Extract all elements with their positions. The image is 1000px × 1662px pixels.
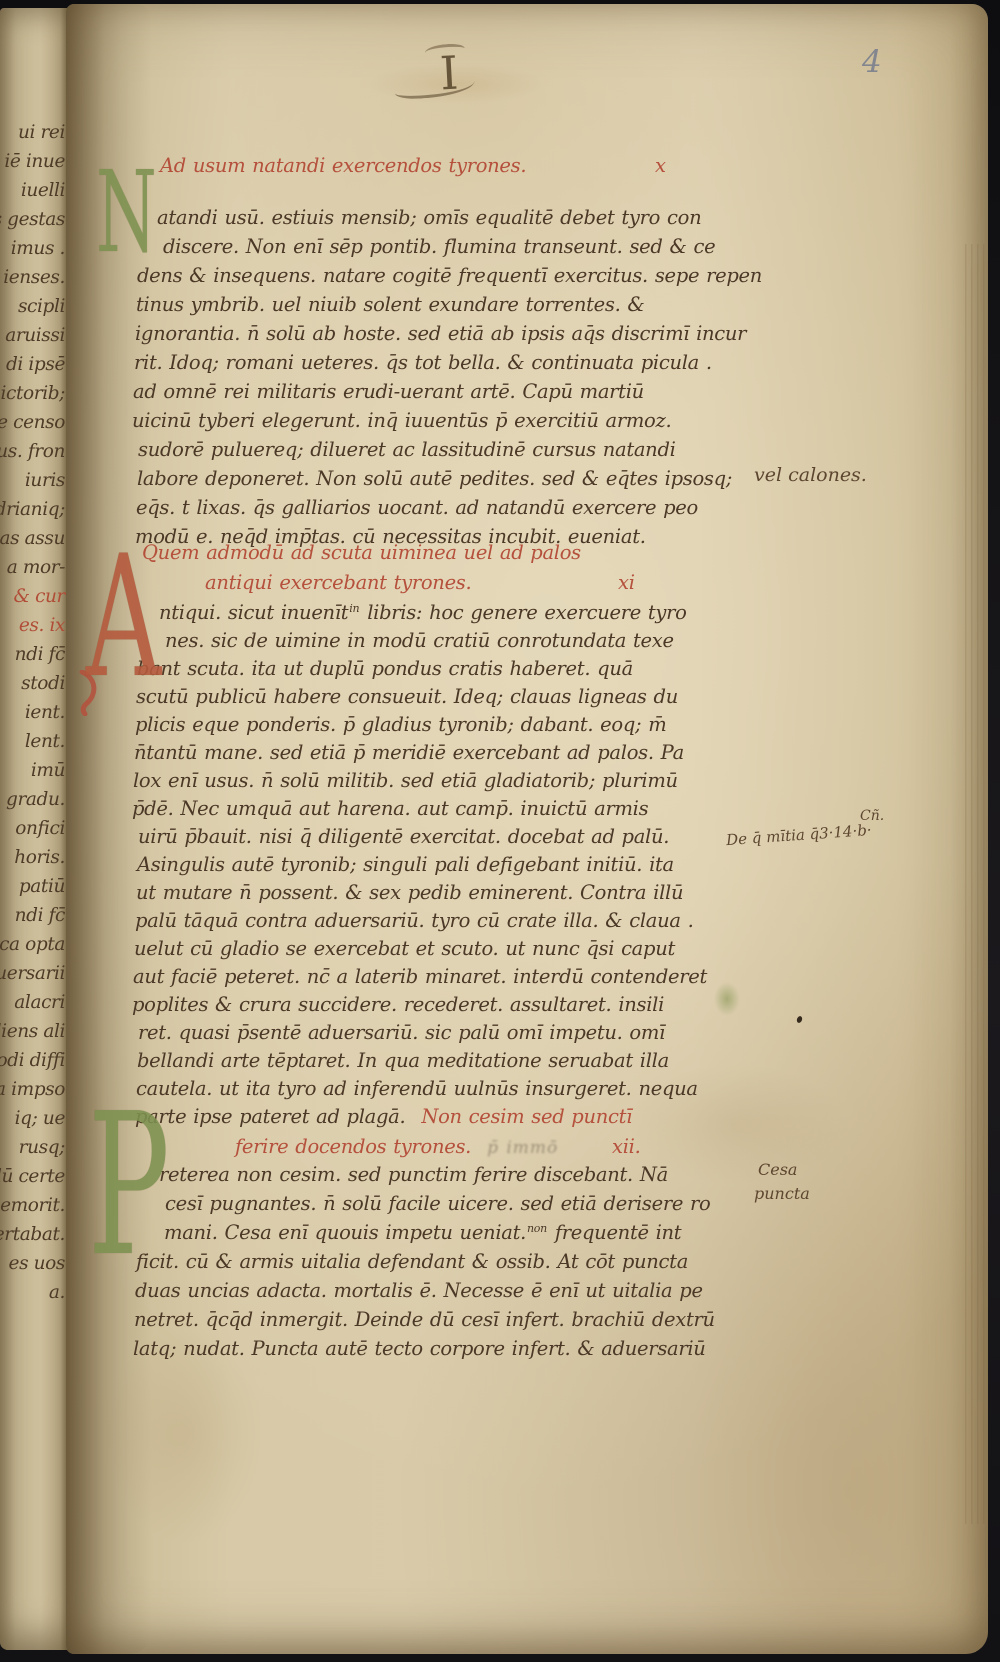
rubric-chapter-xii: ferire docendos tyrones.p̄ immōxii. [235, 1135, 558, 1158]
manuscript-page: I 4 Ad usum natandi exercendos tyrones.x… [66, 4, 988, 1654]
verso-fragment: ienses. [3, 267, 65, 288]
text-line: mani. Cesa enī quouis impetu ueniat.non … [164, 1221, 681, 1244]
page-fore-edge [965, 244, 985, 1524]
verso-fragment: rusq; [19, 1137, 65, 1158]
text-line: labore deponeret. Non solū autē pedites.… [137, 467, 732, 490]
verso-fragment: tas assu [0, 528, 65, 549]
text-line: lox enī usus. n̄ solū militib. sed etiā … [133, 769, 678, 792]
chapter-number: x [655, 154, 666, 177]
verso-fragment: lū certe [0, 1166, 65, 1187]
verso-fragment: patiū [19, 876, 65, 897]
verso-fragment: imū [31, 760, 65, 781]
verso-fragment: lent. [25, 731, 65, 752]
text-line: reterea non cesim. sed punctim ferire di… [159, 1163, 668, 1186]
interlinear-gloss: in [349, 602, 359, 615]
verso-fragment: aruissi [5, 325, 65, 346]
text-line: aut faciē peteret. nc̄ a laterib minaret… [133, 965, 707, 988]
margin-note-puncta: puncta [754, 1184, 810, 1203]
verso-fragment: iq; ue [15, 1108, 65, 1129]
text-line: plicis eque ponderis. p̄ gladius tyronib… [135, 713, 666, 736]
verso-fragment: a mor- [7, 557, 65, 578]
verso-fragment: ui rei [18, 122, 65, 143]
verso-fragment: ertabat. [0, 1224, 65, 1245]
verso-fragment: scipli [18, 296, 65, 317]
text-line: ficit. cū & armis uitalia defendant & os… [136, 1250, 688, 1273]
verso-fragment: odi diffi [0, 1050, 65, 1071]
verso-fragment: iuris [25, 470, 65, 491]
verso-fragment: imus . [11, 238, 65, 259]
text-line: uirū p̄bauit. nisi q̄ diligentē exercita… [138, 825, 669, 848]
text-line: nes. sic de uimine in modū cratiū conrot… [165, 629, 674, 652]
chapter-number: xi [618, 571, 635, 594]
verso-fragment: uersarii [0, 963, 65, 984]
rubric-chapter-xi: antiqui exercebant tyrones.xi [205, 571, 471, 594]
text-line: ad omnē rei militaris erudi-uerant artē.… [133, 380, 644, 403]
verso-fragment: adrianiq; [0, 499, 65, 520]
text-line: discere. Non enī sēp pontib. flumina tra… [163, 235, 715, 258]
verso-fragment: ia impso [0, 1079, 65, 1100]
text-line: latq; nudat. Puncta autē tecto corpore i… [133, 1337, 706, 1360]
verso-fragment: lle censo [0, 412, 65, 433]
text-line: eq̄s. t lixas. q̄s galliarios uocant. ad… [136, 496, 698, 519]
verso-fragment: iuelli [21, 180, 65, 201]
erased-text: p̄ immō [487, 1138, 558, 1158]
text-line-with-rubric: parte ipse pateret ad plagā. Non cesim s… [135, 1105, 632, 1128]
rubric-chapter-xi: Quem admodū ad scuta uiminea uel ad palo… [142, 541, 581, 564]
verso-fragment: es. ix [19, 615, 65, 636]
verso-fragment: ient. [25, 702, 65, 723]
verso-fragment: horis. [14, 847, 65, 868]
verso-fragment: liens ali [0, 1021, 65, 1042]
verso-fragment: alacri [14, 992, 65, 1013]
text-line: uelut cū gladio se exercebat et scuto. u… [134, 937, 675, 960]
verso-fragment: gradu. [6, 789, 65, 810]
text-line: ret. quasi p̄sentē aduersariū. sic palū … [138, 1021, 665, 1044]
verso-page-edge: ui reiiē inueiuellires gestasimus .iense… [0, 8, 70, 1650]
text-line: rit. Idoq; romani ueteres. q̄s tot bella… [134, 351, 712, 374]
verso-fragment: stodi [21, 673, 65, 694]
ink-spot [796, 1015, 803, 1023]
text-line: Asingulis autē tyronib; singuli pali def… [137, 853, 674, 876]
text-line: sudorē puluereq; dilueret ac lassitudinē… [138, 438, 676, 461]
folio-number: 4 [862, 44, 882, 80]
rubric-inline: Non cesim sed punctī [421, 1105, 632, 1128]
text-line: cautela. ut ita tyro ad inferendū uulnūs… [136, 1077, 698, 1100]
text-line: tinus ymbrib. uel niuib solent exundare … [136, 293, 644, 316]
text-line: uicinū tyberi elegerunt. inq̄ iuuentūs p… [132, 409, 671, 432]
text-line: ignorantia. n̄ solū ab hoste. sed etiā a… [135, 322, 746, 345]
interlinear-gloss: non [527, 1222, 547, 1235]
verso-fragment: iē inue [4, 151, 65, 172]
verso-fragment: ndi fc̄ [15, 905, 65, 926]
text-line: poplites & crura succidere. recederet. a… [132, 993, 664, 1016]
verso-fragment: & cur [14, 586, 65, 607]
text-line: atandi usū. estiuis mensib; omīs equalit… [157, 206, 701, 229]
verso-fragment: es uos [9, 1253, 65, 1274]
verso-fragment: ndi fc̄ [15, 644, 65, 665]
verso-fragment: onfici [15, 818, 65, 839]
manuscript-photo: ui reiiē inueiuellires gestasimus .iense… [0, 0, 1000, 1662]
text-line: cesī pugnantes. n̄ solū facile uicere. s… [165, 1192, 710, 1215]
verso-fragment: di ipsē [6, 354, 65, 375]
decorated-initial-n: N [96, 170, 157, 257]
quire-mark: I [439, 46, 460, 101]
verso-fragment: ictorib; [1, 383, 66, 404]
verso-fragment: a. [49, 1282, 65, 1303]
text-line: scutū publicū habere consueuit. Ideq; cl… [136, 685, 678, 708]
text-line: n̄tantū mane. sed etiā p̄ meridiē exerce… [134, 741, 684, 764]
verso-fragment: oca opta [0, 934, 65, 955]
margin-note-cesa: Cesa [758, 1160, 797, 1179]
text-line: duas uncias adacta. mortalis ē. Necesse … [135, 1279, 703, 1302]
decorated-initial-p: P [88, 1110, 170, 1263]
verso-fragment: nemorit. [0, 1195, 65, 1216]
text-line: netret. q̄cq̄d inmergit. Deinde dū cesī … [134, 1308, 715, 1331]
text-line: bellandi arte tēptaret. In qua meditatio… [137, 1049, 669, 1072]
text-line: palū tāquā contra aduersariū. tyro cū cr… [135, 909, 694, 932]
text-line: dens & insequens. natare cogitē frequent… [137, 264, 762, 287]
text-line: ut mutare n̄ possent. & sex pedib eminer… [136, 881, 683, 904]
text-line: p̄dē. Nec umquā aut harena. aut camp̄. i… [132, 797, 648, 820]
verso-fragment: sus. fron [0, 441, 65, 462]
verso-fragment: res gestas [0, 209, 65, 230]
text-line: bant scuta. ita ut duplū pondus cratis h… [137, 657, 633, 680]
margin-note-vel-calones: vel calones. [754, 464, 867, 486]
rubric-chapter-x: Ad usum natandi exercendos tyrones.x [160, 154, 526, 177]
chapter-number: xii. [612, 1135, 640, 1158]
text-line: ntiqui. sicut inuenītin libris: hoc gene… [159, 601, 687, 624]
decorated-initial-a: A [86, 552, 161, 683]
text-block: Ad usum natandi exercendos tyrones.xatan… [135, 154, 753, 1379]
